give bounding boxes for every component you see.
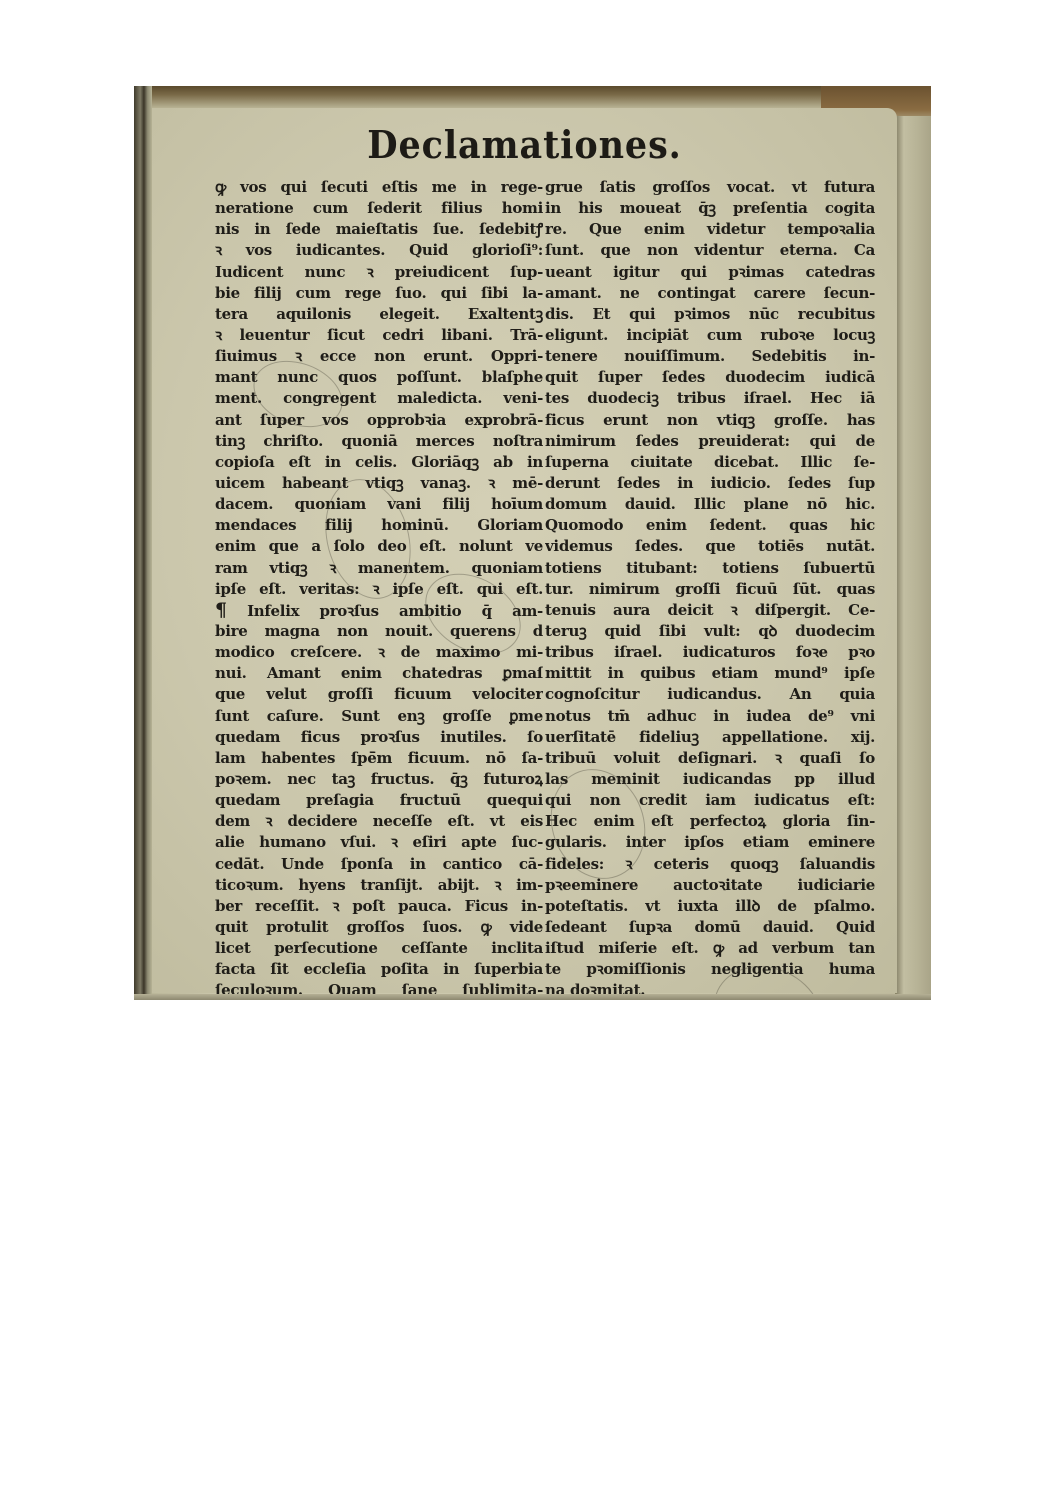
text-line: nis in ſede maieſtatis ſue. ſedebitꝭ [215, 219, 543, 240]
text-line: nui. Amant enim chatedras ꝑmaſ [215, 663, 543, 684]
text-line: dem ꝛ decidere neceſſe eſt. vt eis [215, 811, 543, 832]
text-line: cedāt. Unde ſponſa in cantico cā- [215, 854, 543, 875]
printed-page: Declamationes. ꝙ vos qui ſecuti eſtis me… [152, 108, 897, 993]
text-line: tinꝫ chriſto. quoniā merces noſtra [215, 431, 543, 452]
text-line: iſtud miſerie eſt. ꝙ ad verbum tan [545, 938, 875, 959]
text-line: cognoſcitur iudicandus. An quia [545, 684, 875, 705]
adjacent-pages-edge [895, 116, 931, 996]
text-line: ꝛ vos iudicantes. Quid glorioſi⁹: [215, 240, 543, 261]
text-line: ꝙ vos qui ſecuti eſtis me in rege- [215, 177, 543, 198]
text-line: ber receſſit. ꝛ poſt pauca. Ficus in- [215, 896, 543, 917]
text-line: derunt ſedes in iudicio. ſedes ſup [545, 473, 875, 494]
text-line: re. Que enim videtur tempoꝛalia [545, 219, 875, 240]
text-line: tribus iſrael. iudicaturos foꝛe pꝛo [545, 642, 875, 663]
text-line: tur. nimirum groſſi ficuū ſūt. quas [545, 579, 875, 600]
text-line: tera aquilonis elegeit. Exaltentꝫ [215, 304, 543, 325]
running-head: Declamationes. [182, 122, 867, 167]
text-line: poꝛem. nec taꝫ fructus. q̄ꝫ futuroꝝ [215, 769, 543, 790]
text-line: ant ſuper vos opprobꝛia exprobrā- [215, 410, 543, 431]
text-line: tribuū voluit deſignari. ꝛ quaſi ſo [545, 748, 875, 769]
text-line: te pꝛomiſſionis negligentia huma [545, 959, 875, 980]
manuscript-photo: Declamationes. ꝙ vos qui ſecuti eſtis me… [134, 86, 931, 1000]
text-line: ficus erunt non vtiqꝫ groſſe. has [545, 410, 875, 431]
text-line: eligunt. incipiāt cum ruboꝛe locuꝫ [545, 325, 875, 346]
text-line: quedam ficus proꝛſus inutiles. ſo [215, 727, 543, 748]
text-line: facta ſit eccleſia poſita in ſuperbia [215, 959, 543, 980]
text-line: ſedeant ſupꝛa domū dauid. Quid [545, 917, 875, 938]
text-line: mittit in quibus etiam mund⁹ ipſe [545, 663, 875, 684]
text-line: poteſtatis. vt iuxta illꝺ de pſalmo. [545, 896, 875, 917]
text-line: ſunt caſure. Sunt enꝫ groſſe ꝑme [215, 706, 543, 727]
text-line: alie humano vſui. ꝛ eſiri apte ſuc- [215, 832, 543, 853]
text-line: licet perſecutione ceſſante inclita [215, 938, 543, 959]
text-line: ticoꝛum. hyens tranſijt. abijt. ꝛ im- [215, 875, 543, 896]
text-line: neratione cum ſederit filius homi [215, 198, 543, 219]
text-line: Quomodo enim ſedent. quas hic [545, 515, 875, 536]
pilcrow-mark: ¶ [215, 600, 227, 621]
text-line: domum dauid. Illic plane nō hic. [545, 494, 875, 515]
text-line: amant. ne contingat carere ſecun- [545, 283, 875, 304]
text-line: nimirum ſedes preuiderat: qui de [545, 431, 875, 452]
text-line: copioſa eſt in celis. Gloriāqꝫ ab in [215, 452, 543, 473]
text-line: bie filij cum rege ſuo. qui ſibi la- [215, 283, 543, 304]
text-line: tenere nouiſſimum. Sedebitis in- [545, 346, 875, 367]
text-line: ueant igitur qui pꝛimas catedras [545, 262, 875, 283]
text-line: tenuis aura deicit ꝛ diſpergit. Ce- [545, 600, 875, 621]
text-line: lam habentes ſpē̄m ficuum. nō ſa- [215, 748, 543, 769]
text-line: totiens titubant: totiens ſubuertū [545, 558, 875, 579]
text-line: ꝛ leuentur ſicut cedri libani. Trā- [215, 325, 543, 346]
text-line: que velut groſſi ficuum velociter [215, 684, 543, 705]
book-spine-edge [134, 86, 152, 1000]
text-line: uerſitatē fideliuꝫ appellatione. xij. [545, 727, 875, 748]
text-line: teruꝫ quid ſibi vult: qꝺ duodecim [545, 621, 875, 642]
text-line: dis. Et qui pꝛimos nūc recubitus [545, 304, 875, 325]
text-line: ſunt. que non videntur eterna. Ca [545, 240, 875, 261]
text-line: in his moueat q̄ꝫ preſentia cogita [545, 198, 875, 219]
text-line: notus tm̄ adhuc in iudea de⁹ vni [545, 706, 875, 727]
text-line: Iudicent nunc ꝛ preiudicent ſup- [215, 262, 543, 283]
text-line: quedam preſagia fructuū quequi [215, 790, 543, 811]
text-line: videmus ſedes. que totiēs nutāt. [545, 536, 875, 557]
text-line: ſuperna ciuitate dicebat. Illic ſe- [545, 452, 875, 473]
text-line: quit ſuper ſedes duodecim iudicā [545, 367, 875, 388]
text-line: quit protulit groſſos ſuos. ꝙ vide [215, 917, 543, 938]
book-top-shadow [134, 86, 931, 108]
book-bottom-edge [134, 994, 931, 1000]
text-line: tes duodeciꝫ tribus iſrael. Hec iā [545, 388, 875, 409]
text-line: grue ſatis groſſos vocat. vt futura [545, 177, 875, 198]
text-line: ſiuimus ꝛ ecce non erunt. Oppri- [215, 346, 543, 367]
